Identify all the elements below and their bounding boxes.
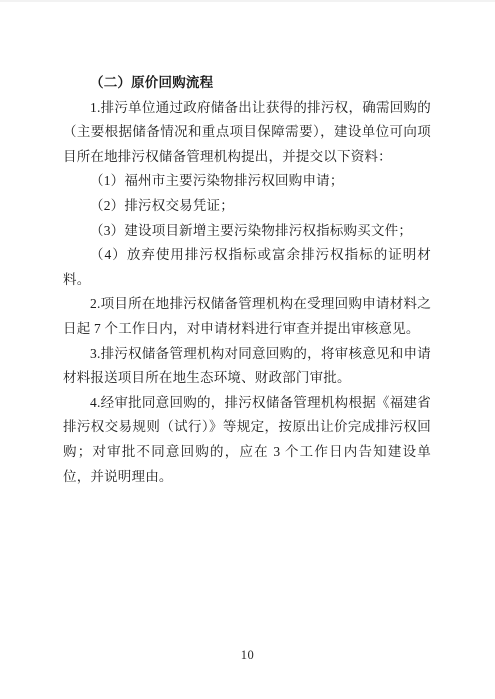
list-item-2: （2）排污权交易凭证；	[63, 194, 431, 219]
list-item-3: （3）建设项目新增主要污染物排污权指标购买文件；	[63, 219, 431, 244]
paragraph-2: 2.项目所在地排污权储备管理机构在受理回购申请材料之日起 7 个工作日内，对申请…	[63, 292, 431, 341]
document-body: （二）原价回购流程 1.排污单位通过政府储备出让获得的排污权，确需回购的（主要根…	[63, 71, 431, 489]
document-page: （二）原价回购流程 1.排污单位通过政府储备出让获得的排污权，确需回购的（主要根…	[0, 0, 495, 699]
page-top-edge	[0, 0, 495, 2]
page-number: 10	[0, 648, 495, 663]
list-item-4: （4）放弃使用排污权指标或富余排污权指标的证明材料。	[63, 243, 431, 292]
list-item-1: （1）福州市主要污染物排污权回购申请；	[63, 169, 431, 194]
paragraph-3: 3.排污权储备管理机构对同意回购的，将审核意见和申请材料报送项目所在地生态环境、…	[63, 342, 431, 391]
section-heading: （二）原价回购流程	[63, 71, 431, 96]
paragraph-1: 1.排污单位通过政府储备出让获得的排污权，确需回购的（主要根据储备情况和重点项目…	[63, 96, 431, 170]
paragraph-4: 4.经审批同意回购的，排污权储备管理机构根据《福建省排污权交易规则（试行）》等规…	[63, 391, 431, 489]
